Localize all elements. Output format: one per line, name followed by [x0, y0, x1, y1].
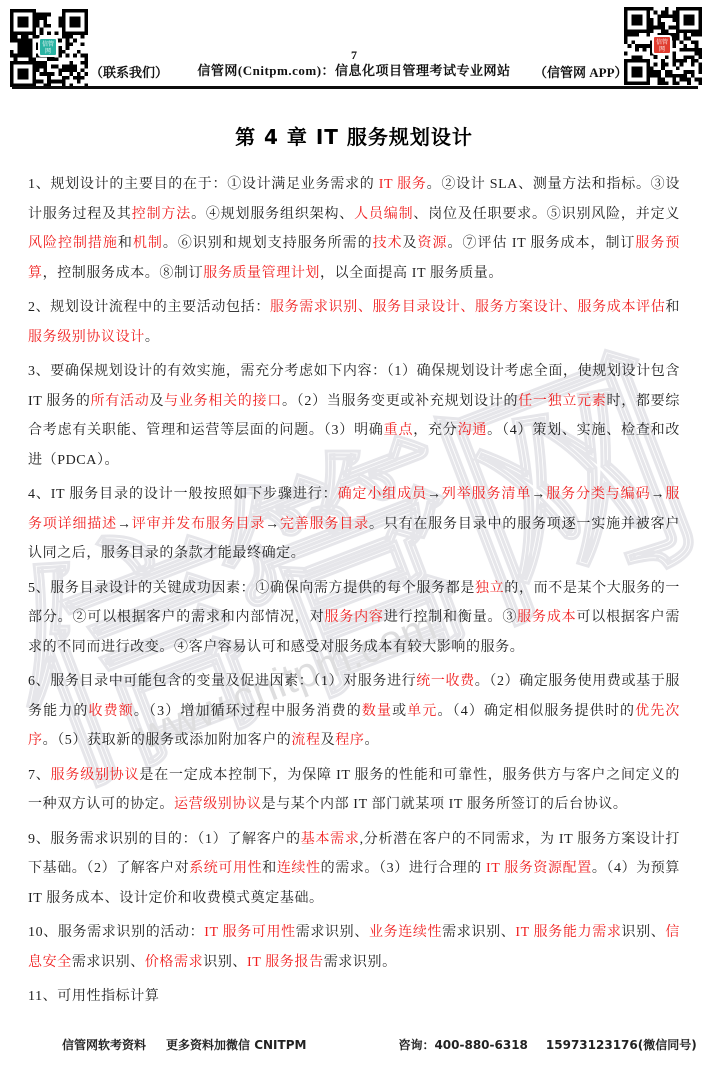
text-segment: 识别、 [203, 955, 247, 970]
header-center: 7 信管网(Cnitpm.com)：信息化项目管理考试专业网站 [154, 48, 554, 80]
qr-center-logo-teal: 信管网 [38, 37, 58, 57]
text-segment: 数量 [362, 704, 392, 719]
chapter-title: 第 4 章 IT 服务规划设计 [28, 121, 680, 150]
text-segment: → [651, 487, 666, 502]
text-segment: 是与某个内部 IT 部门就某项 IT 服务所签订的后台协议。 [262, 797, 628, 812]
text-segment: 。⑦评估 IT 服务成本，制订 [448, 236, 636, 251]
text-segment: IT 服务报告 [247, 955, 324, 970]
content-paragraphs: 1、规划设计的主要目的在于：①设计满足业务需求的 IT 服务。②设计 SLA、测… [28, 170, 680, 1012]
text-segment: 1、规划设计的主要目的在于：①设计满足业务需求的 [28, 177, 379, 192]
header-divider-line [12, 86, 698, 89]
text-segment: 资源 [418, 236, 448, 251]
qr-center-logo-red: 信管网 [652, 35, 672, 55]
text-segment: 任一独立元素 [518, 394, 606, 409]
text-segment: 服务内容 [324, 610, 383, 625]
text-segment: 需求识别、 [296, 925, 369, 940]
text-segment: 2、规划设计流程中的主要活动包括： [28, 300, 270, 315]
text-segment: 需求识别、 [72, 955, 145, 970]
paragraph-5: 5、服务目录设计的关键成功因素：①确保向需方提供的每个服务都是独立的，而不是某个… [28, 574, 680, 663]
text-segment: ，控制服务成本。⑧制订 [43, 266, 204, 281]
footer-phone: 咨询：400-880-6318 [398, 1036, 527, 1053]
qr-code-app-icon: 信管网 [624, 7, 702, 85]
app-label: （信管网 APP） [534, 62, 628, 81]
text-segment: IT 服务 [379, 177, 427, 192]
text-segment: 服务级别协议 [51, 768, 140, 783]
text-segment: 。 [145, 330, 160, 345]
paragraph-10: 11、可用性指标计算 [28, 982, 680, 1012]
text-segment: 控制方法 [132, 207, 191, 222]
text-segment: 的需求。（3）进行合理的 [321, 861, 486, 876]
text-segment: 与业务相关的接口 [164, 394, 282, 409]
text-segment: 及 [403, 236, 418, 251]
qr-code-contact-icon: 信管网 [10, 9, 88, 87]
text-segment: 服务质量管理计划 [203, 266, 320, 281]
text-segment: 、岗位及任职要求。⑤识别风险，并定义 [413, 207, 680, 222]
text-segment: 流程 [291, 733, 320, 748]
text-segment: 或 [392, 704, 407, 719]
text-segment: 机制 [133, 236, 163, 251]
text-segment: 价格需求 [145, 955, 203, 970]
paragraph-8: 9、服务需求识别的目的：（1）了解客户的基本需求,分析潜在客户的不同需求，为 I… [28, 825, 680, 914]
text-segment: 服务分类与编码 [546, 487, 651, 502]
text-segment: 沟通 [458, 423, 488, 438]
text-segment: 重点 [384, 423, 414, 438]
text-segment: 10、服务需求识别的活动： [28, 925, 204, 940]
document-body: 第 4 章 IT 服务规划设计 1、规划设计的主要目的在于：①设计满足业务需求的… [0, 96, 708, 1017]
text-segment: 。 [364, 733, 379, 748]
text-segment: IT 服务资源配置 [486, 861, 592, 876]
paragraph-4: 4、IT 服务目录的设计一般按照如下步骤进行：确定小组成员→列举服务清单→服务分… [28, 480, 680, 569]
text-segment: 。（3）增加循环过程中服务消费的 [134, 704, 362, 719]
text-segment: 5、服务目录设计的关键成功因素：①确保向需方提供的每个服务都是 [28, 581, 475, 596]
text-segment: 服务需求识别、服务目录设计、服务方案设计、服务成本评估 [270, 300, 665, 315]
paragraph-6: 6、服务目录中可能包含的变量及促进因素：（1）对服务进行统一收费。（2）确定服务… [28, 667, 680, 756]
text-segment: 程序 [335, 733, 364, 748]
text-segment: 评审并发布服务目录 [132, 517, 266, 532]
text-segment: 需求识别。 [324, 955, 397, 970]
text-segment: 。（2）当服务变更或补充规划设计的 [282, 394, 518, 409]
text-segment: 技术 [373, 236, 403, 251]
text-segment: 。（5）获取新的服务或添加附加客户的 [43, 733, 292, 748]
page-footer: 信管网软考资料 更多资料加微信 CNITPM 咨询：400-880-6318 1… [0, 1036, 708, 1053]
text-segment: 9、服务需求识别的目的：（1）了解客户的 [28, 832, 301, 847]
text-segment: 进行控制和衡量。③ [384, 610, 517, 625]
text-segment: 需求识别、 [442, 925, 515, 940]
text-segment: 单元 [407, 704, 437, 719]
text-segment: 。⑥识别和规划支持服务所需的 [163, 236, 373, 251]
text-segment: → [531, 487, 546, 502]
text-segment: → [265, 517, 280, 532]
text-segment: 业务连续性 [369, 925, 442, 940]
text-segment: 和 [262, 861, 277, 876]
paragraph-7: 7、服务级别协议是在一定成本控制下，为保障 IT 服务的性能和可靠性，服务供方与… [28, 761, 680, 820]
text-segment: → [117, 517, 132, 532]
text-segment: 6、服务目录中可能包含的变量及促进因素：（1）对服务进行 [28, 674, 416, 689]
text-segment: 运营级别协议 [174, 797, 262, 812]
site-title: 信管网(Cnitpm.com)：信息化项目管理考试专业网站 [154, 62, 554, 80]
paragraph-3: 3、要确保规划设计的有效实施，需充分考虑如下内容：（1）确保规划设计考虑全面，使… [28, 357, 680, 475]
footer-brand: 信管网软考资料 [62, 1036, 146, 1053]
text-segment: 独立 [475, 581, 504, 596]
text-segment: ，以全面提高 IT 服务质量。 [320, 266, 503, 281]
text-segment: 服务级别协议设计 [28, 330, 145, 345]
paragraph-1: 1、规划设计的主要目的在于：①设计满足业务需求的 IT 服务。②设计 SLA、测… [28, 170, 680, 288]
text-segment: 及 [321, 733, 336, 748]
text-segment: 连续性 [277, 861, 321, 876]
text-segment: 。④规划服务组织架构、 [191, 207, 354, 222]
text-segment: 及 [149, 394, 164, 409]
text-segment: 收费额 [89, 704, 134, 719]
page-number: 7 [154, 48, 554, 62]
footer-wechat: 更多资料加微信 CNITPM [166, 1036, 306, 1053]
text-segment: 基本需求 [301, 832, 360, 847]
text-segment: 7、 [28, 768, 51, 783]
text-segment: IT 服务能力需求 [515, 925, 621, 940]
text-segment: 11、可用性指标计算 [28, 989, 159, 1004]
text-segment: 系统可用性 [189, 861, 262, 876]
text-segment: 和 [665, 300, 680, 315]
footer-mobile: 15973123176(微信同号) [546, 1036, 697, 1053]
paragraph-9: 10、服务需求识别的活动：IT 服务可用性需求识别、业务连续性需求识别、IT 服… [28, 918, 680, 977]
text-segment: ，充分 [413, 423, 457, 438]
text-segment: 统一收费 [416, 674, 474, 689]
text-segment: → [427, 487, 442, 502]
text-segment: 所有活动 [91, 394, 150, 409]
text-segment: 。（4）确定相似服务提供时的 [437, 704, 635, 719]
text-segment: 确定小组成员 [338, 487, 427, 502]
text-segment: 人员编制 [354, 207, 413, 222]
page-header: 信管网 （联系我们） 7 信管网(Cnitpm.com)：信息化项目管理考试专业… [0, 0, 708, 90]
text-segment: 列举服务清单 [442, 487, 532, 502]
text-segment: 风险控制措施 [28, 236, 118, 251]
text-segment: 完善服务目录 [280, 517, 369, 532]
text-segment: IT 服务可用性 [204, 925, 296, 940]
paragraph-2: 2、规划设计流程中的主要活动包括：服务需求识别、服务目录设计、服务方案设计、服务… [28, 293, 680, 352]
text-segment: 和 [118, 236, 133, 251]
text-segment: 4、IT 服务目录的设计一般按照如下步骤进行： [28, 487, 338, 502]
text-segment: 识别、 [622, 925, 666, 940]
text-segment: 服务成本 [517, 610, 576, 625]
